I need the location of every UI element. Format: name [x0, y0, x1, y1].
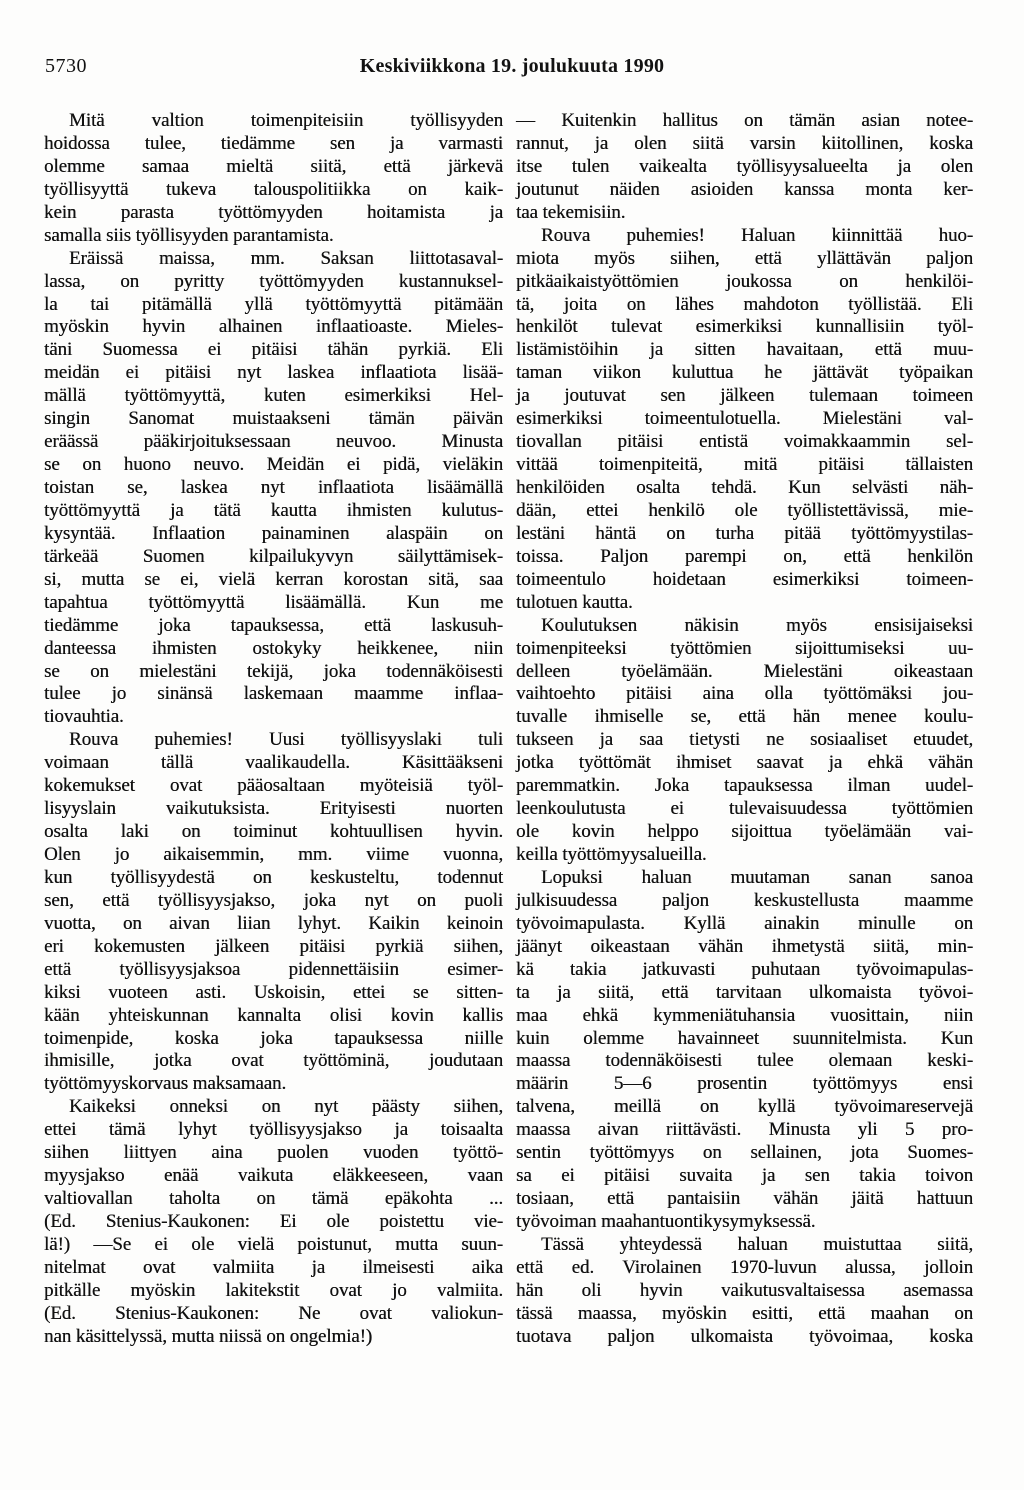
text-line: nitelmat ovat valmiita ja ilmeisesti aik…	[44, 1257, 503, 1280]
text-line: jäänyt oikeastaan vähän ihmetystä siitä,…	[516, 936, 973, 959]
text-line: — Kuitenkin hallitus on tämän asian note…	[516, 110, 973, 133]
text-line: keilla työttömyysalueilla.	[516, 844, 973, 867]
text-line: myysjakso enää vaikuta eläkkeeseen, vaan	[44, 1165, 503, 1188]
text-line: toimenpiteeksi työttömien sijoittumiseks…	[516, 638, 973, 661]
paragraph: Kaikeksi onneksi on nyt päästy siihen,et…	[44, 1096, 503, 1348]
text-line: henkilöt tulevat esimerkiksi kunnallisii…	[516, 316, 973, 339]
text-line: vittää toimenpiteitä, mitä pitäisi tälla…	[516, 454, 973, 477]
text-line: tulee jo sinänsä laskemaan maamme inflaa…	[44, 683, 503, 706]
text-line: Koulutuksen näkisin myös ensisijaiseksi	[516, 615, 973, 638]
text-line: Rouva puhemies! Uusi työllisyyslaki tuli	[44, 729, 503, 752]
paragraph: Rouva puhemies! Haluan kiinnittää huo-mi…	[516, 225, 973, 615]
text-line: tulotuen kautta.	[516, 592, 973, 615]
text-line: Rouva puhemies! Haluan kiinnittää huo-	[516, 225, 973, 248]
text-line: esimerkiksi toimeentulotuella. Mielestän…	[516, 408, 973, 431]
paragraph: Mitä valtion toimenpiteisiin työllisyyde…	[44, 110, 503, 248]
text-line: sentin työttömyys on sellainen, jota Suo…	[516, 1142, 973, 1165]
text-line: tiovauhtia.	[44, 706, 503, 729]
text-line: Olen jo aikaisemmin, mm. viime vuonna,	[44, 844, 503, 867]
right-column: — Kuitenkin hallitus on tämän asian note…	[516, 110, 973, 1349]
text-line: kein parasta työttömyyden hoitamista ja	[44, 202, 503, 225]
text-line: toistan se, laskea nyt inflaatiota lisää…	[44, 477, 503, 500]
text-line: la tai pitämällä yllä työttömyyttä pitäm…	[44, 294, 503, 317]
text-line: työttömyyttä ja tätä kautta ihmisten kul…	[44, 500, 503, 523]
text-line: (Ed. Stenius-Kaukonen: Ne ovat valiokun-	[44, 1303, 503, 1326]
text-line: nan käsittelyssä, mutta niissä on ongelm…	[44, 1326, 503, 1349]
text-line: työvoiman maahantuontikysymyksessä.	[516, 1211, 973, 1234]
text-line: tärkeää Suomen kilpailukyvyn säilyttämis…	[44, 546, 503, 569]
text-line: maassa aivan riittävästi. Minusta yli 5 …	[516, 1119, 973, 1142]
text-line: toissa. Paljon parempi on, että henkilön	[516, 546, 973, 569]
text-line: työllisyyttä tukeva talouspolitiikka on …	[44, 179, 503, 202]
text-line: taman viikon kuluttua he jättävät työpai…	[516, 362, 973, 385]
text-line: tä, joita on lähes mahdoton työllistää. …	[516, 294, 973, 317]
text-line: tosiaan, että pantaisiin vähän jäitä hat…	[516, 1188, 973, 1211]
text-line: kokemukset ovat pääosaltaan myöteisiä ty…	[44, 775, 503, 798]
text-line: (Ed. Stenius-Kaukonen: Ei ole poistettu …	[44, 1211, 503, 1234]
text-line: dään, ettei henkilö ole työllistettäviss…	[516, 500, 973, 523]
text-line: työvoimapulasta. Kyllä ainakin minulle o…	[516, 913, 973, 936]
text-line: leenkoulutusta ei tulevaisuudessa työttö…	[516, 798, 973, 821]
text-line: Eräissä maissa, mm. Saksan liittotasaval…	[44, 248, 503, 271]
text-line: ole kovin helppo sijoittua työelämään va…	[516, 821, 973, 844]
text-line: vuotta, on aivan liian lyhyt. Kaikin kei…	[44, 913, 503, 936]
text-line: työttömyyskorvaus maksamaan.	[44, 1073, 503, 1096]
text-line: ettei tämä lyhyt työllisyysjakso ja tois…	[44, 1119, 503, 1142]
text-line: maa ehkä kymmeniätuhansia vuosittain, ni…	[516, 1005, 973, 1028]
text-line: tuvalle ihmiselle se, että hän menee kou…	[516, 706, 973, 729]
document-page: 5730 Keskiviikkona 19. joulukuuta 1990 M…	[0, 0, 1024, 1490]
text-columns: Mitä valtion toimenpiteisiin työllisyyde…	[44, 110, 973, 1349]
text-line: tiovallan pitäisi entistä voimakkaammin …	[516, 431, 973, 454]
paragraph: — Kuitenkin hallitus on tämän asian note…	[516, 110, 973, 225]
text-line: hoidossa tulee, tiedämme sen ja varmasti	[44, 133, 503, 156]
text-line: Kaikeksi onneksi on nyt päästy siihen,	[44, 1096, 503, 1119]
text-line: olemme samaa mieltä siitä, että järkevä	[44, 156, 503, 179]
text-line: paremmatkin. Joka tapauksessa ilman uude…	[516, 775, 973, 798]
paragraph: Eräissä maissa, mm. Saksan liittotasaval…	[44, 248, 503, 730]
text-line: lassa, on pyritty työttömyyden kustannuk…	[44, 271, 503, 294]
paragraph: Koulutuksen näkisin myös ensisijaiseksit…	[516, 615, 973, 867]
text-line: valtiovallan taholta on tämä epäkohta ..…	[44, 1188, 503, 1211]
text-line: rannut, ja olen siitä varsin kiitollinen…	[516, 133, 973, 156]
text-line: kään yhteiskunnan kannalta olisi kovin k…	[44, 1005, 503, 1028]
text-line: toimeentulo hoidetaan esimerkiksi toimee…	[516, 569, 973, 592]
page-header-title: Keskiviikkona 19. joulukuuta 1990	[0, 55, 1024, 78]
text-line: voimaan tällä vaalikaudella. Käsittääkse…	[44, 752, 503, 775]
text-line: eri kokemusten jälkeen pitäisi pyrkiä si…	[44, 936, 503, 959]
text-line: Mitä valtion toimenpiteisiin työllisyyde…	[44, 110, 503, 133]
text-line: toimenpide, koska joka tapauksessa niill…	[44, 1028, 503, 1051]
text-line: lisyyslain vaikutuksista. Erityisesti nu…	[44, 798, 503, 821]
text-line: pitkäaikaistyöttömien joukossa on henkil…	[516, 271, 973, 294]
text-line: tukseen ja saa tietysti ne sosiaaliset e…	[516, 729, 973, 752]
text-line: lestäni häntä on turha pitää työttömyyst…	[516, 523, 973, 546]
text-line: talvena, meillä on kyllä työvoimareserve…	[516, 1096, 973, 1119]
paragraph: Lopuksi haluan muutaman sanan sanoajulki…	[516, 867, 973, 1234]
text-line: että ed. Virolainen 1970-luvun alussa, j…	[516, 1257, 973, 1280]
text-line: se on huono neuvo. Meidän ei pidä, vielä…	[44, 454, 503, 477]
text-line: meidän ei pitäisi nyt laskea inflaatiota…	[44, 362, 503, 385]
paragraph: Rouva puhemies! Uusi työllisyyslaki tuli…	[44, 729, 503, 1096]
text-line: kuin olemme havainneet suunnitelmista. K…	[516, 1028, 973, 1051]
text-line: samalla siis työllisyyden parantamista.	[44, 225, 503, 248]
paragraph: Tässä yhteydessä haluan muistuttaa siitä…	[516, 1234, 973, 1349]
page-header: 5730 Keskiviikkona 19. joulukuuta 1990	[0, 55, 1024, 81]
text-line: kun työllisyydestä on keskusteltu, toden…	[44, 867, 503, 890]
text-line: vaihtoehto pitäisi aina olla työttömäksi…	[516, 683, 973, 706]
text-line: siihen liittyen aina puolen vuoden tyött…	[44, 1142, 503, 1165]
text-line: osalta laki on toiminut kohtuullisen hyv…	[44, 821, 503, 844]
text-line: myöskin hyvin alhainen inflaatioaste. Mi…	[44, 316, 503, 339]
text-line: kysyntää. Inflaation painaminen alaspäin…	[44, 523, 503, 546]
text-line: ihmisille, jotka ovat työttöminä, joudut…	[44, 1050, 503, 1073]
text-line: se on mielestäni tekijä, joka todennäköi…	[44, 661, 503, 684]
text-line: taa tekemisiin.	[516, 202, 973, 225]
text-line: kä takia jatkuvasti puhutaan työvoimapul…	[516, 959, 973, 982]
text-line: tiedämme joka tapauksessa, että laskusuh…	[44, 615, 503, 638]
text-line: delleen työelämään. Mielestäni oikeastaa…	[516, 661, 973, 684]
text-line: sen, että työllisyysjakso, joka nyt on p…	[44, 890, 503, 913]
text-line: Tässä yhteydessä haluan muistuttaa siitä…	[516, 1234, 973, 1257]
left-column: Mitä valtion toimenpiteisiin työllisyyde…	[44, 110, 503, 1349]
text-line: joutunut näiden asioiden kanssa monta ke…	[516, 179, 973, 202]
text-line: danteessa ihmisten ostokyky heikkenee, n…	[44, 638, 503, 661]
text-line: jotka työttömät ihmiset saavat ja ehkä v…	[516, 752, 973, 775]
text-line: tässä maassa, myöskin esitti, että maaha…	[516, 1303, 973, 1326]
text-line: singin Sanomat muistaakseni tämän päivän	[44, 408, 503, 431]
text-line: kiksi vuoteen asti. Uskoisin, ettei se s…	[44, 982, 503, 1005]
text-line: si, mutta se ei, vielä kerran korostan s…	[44, 569, 503, 592]
text-line: henkilöiden osalta tehdä. Kun selvästi n…	[516, 477, 973, 500]
text-line: maassa todennäköisesti tulee olemaan kes…	[516, 1050, 973, 1073]
text-line: täni Suomessa ei pitäisi tähän pyrkiä. E…	[44, 339, 503, 362]
text-line: ja joutuvat sen jälkeen tulemaan toimeen	[516, 385, 973, 408]
text-line: että työllisyysjaksoa pidennettäisiin es…	[44, 959, 503, 982]
text-line: julkisuudessa paljon keskustellusta maam…	[516, 890, 973, 913]
text-line: listämistöihin ja sitten havaitaan, että…	[516, 339, 973, 362]
text-line: tapahtua työttömyyttä lisäämällä. Kun me	[44, 592, 503, 615]
text-line: määrin 5—6 prosentin työttömyys ensi	[516, 1073, 973, 1096]
text-line: lä!) —Se ei ole vielä poistunut, mutta s…	[44, 1234, 503, 1257]
text-line: pitkälle myöskin lakitekstit ovat jo val…	[44, 1280, 503, 1303]
text-line: ta ja siitä, että tarvitaan ulkomaista t…	[516, 982, 973, 1005]
text-line: itse tulen vaikealta työllisyysalueelta …	[516, 156, 973, 179]
text-line: miota myös siihen, että yllättävän paljo…	[516, 248, 973, 271]
text-line: sa ei pitäisi suvaita ja sen takia toivo…	[516, 1165, 973, 1188]
text-line: eräässä pääkirjoituksessaan neuvoo. Minu…	[44, 431, 503, 454]
text-line: hän oli hyvin vaikutusvaltaisessa asemas…	[516, 1280, 973, 1303]
text-line: Lopuksi haluan muutaman sanan sanoa	[516, 867, 973, 890]
text-line: tuotava paljon ulkomaista työvoimaa, kos…	[516, 1326, 973, 1349]
text-line: mällä työttömyyttä, kuten esimerkiksi He…	[44, 385, 503, 408]
